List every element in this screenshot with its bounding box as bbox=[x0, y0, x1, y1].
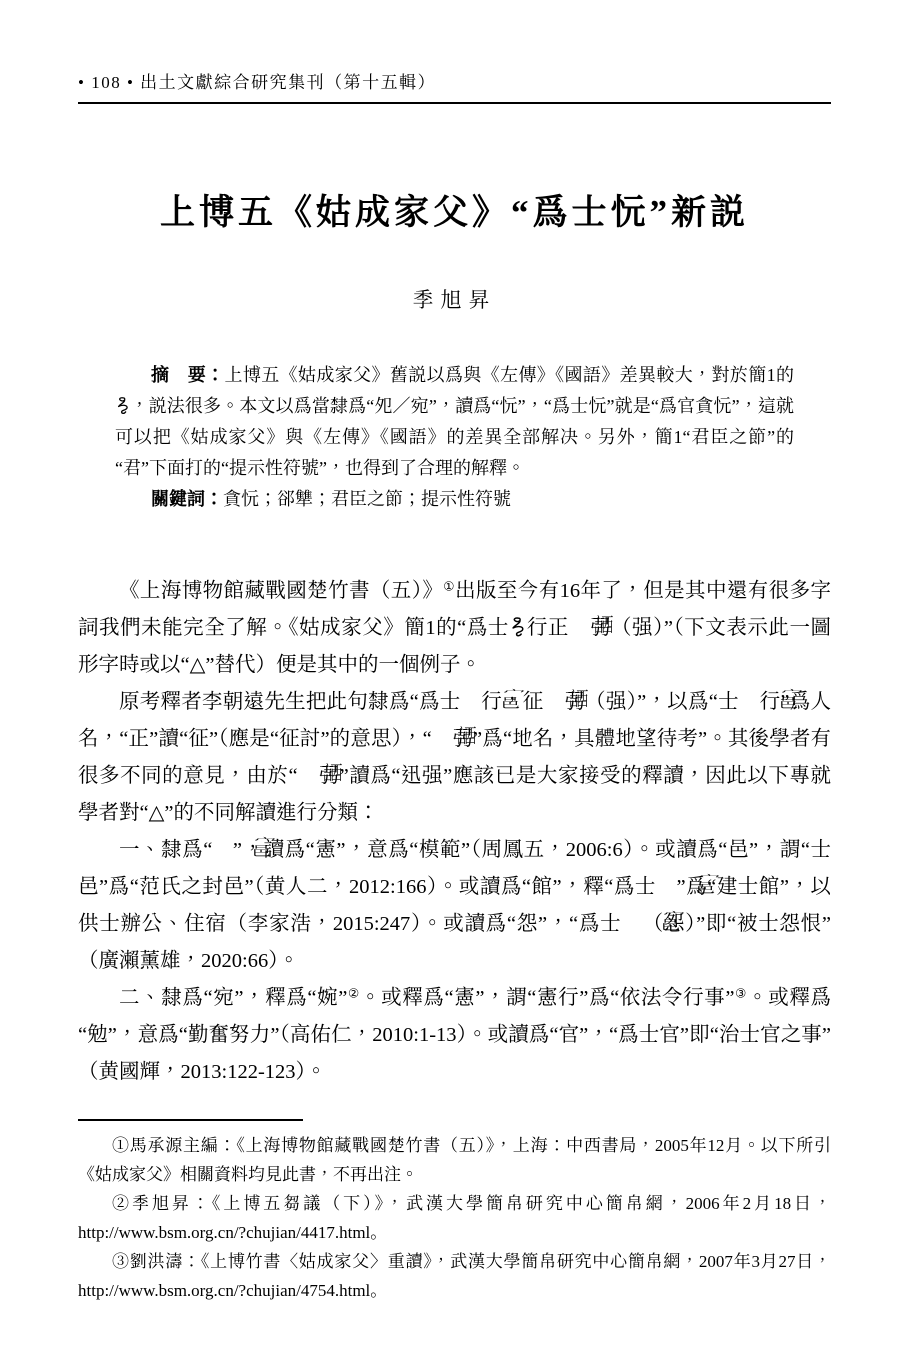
body-paragraph-4: 二、隸爲“宛”，釋爲“婉”②。或釋爲“憲”，謂“憲行”爲“依法令行事”③。或釋爲… bbox=[78, 980, 831, 1091]
body-paragraph-3: 一、隸爲“宀邑”，讀爲“憲”，意爲“模範”（周鳳五，2006:6）。或讀爲“邑”… bbox=[78, 832, 831, 980]
composed-character: 宀邑 bbox=[212, 838, 233, 859]
composed-character: 宀邑 bbox=[656, 875, 677, 896]
footnote-item-3: ③劉洪濤：《上博竹書〈姑成家父〉重讀》，武漢大學簡帛研究中心簡帛網，2007年3… bbox=[78, 1247, 831, 1305]
footnote-marker: ③ bbox=[735, 987, 748, 1001]
abstract-block: 摘 要：上博五《姑成家父》舊説以爲與《左傳》《國語》差異較大，對於簡1的，説法很… bbox=[115, 360, 794, 515]
composed-character: 宀邑 bbox=[461, 690, 482, 711]
chu-script-glyph bbox=[509, 616, 526, 638]
footnote-item-1: ①馬承源主編：《上海博物館藏戰國楚竹書（五）》，上海：中西書局，2005年12月… bbox=[78, 1131, 831, 1189]
paper-page: • 108 • 出土文獻綜合研究集刊（第十五輯） 上博五《姑成家父》“爲士忨”新… bbox=[0, 0, 909, 1364]
composed-character: 宀邑 bbox=[621, 912, 642, 933]
keywords-label: 關鍵詞： bbox=[151, 489, 223, 509]
composed-character: 言西 bbox=[298, 764, 319, 785]
footnote-marker: ① bbox=[443, 580, 455, 594]
composed-character: 言西 bbox=[544, 690, 565, 711]
running-head: • 108 • 出土文獻綜合研究集刊（第十五輯） bbox=[78, 72, 831, 94]
footnote-item-2: ②季旭昇：《上博五芻議（下）》，武漢大學簡帛研究中心簡帛網，2006年2月18日… bbox=[78, 1189, 831, 1247]
footnotes: ①馬承源主編：《上海博物館藏戰國楚竹書（五）》，上海：中西書局，2005年12月… bbox=[78, 1131, 831, 1305]
header-rule bbox=[78, 102, 831, 104]
abstract-label: 摘 要： bbox=[151, 365, 225, 385]
footnote-separator bbox=[78, 1119, 303, 1121]
composed-character: 言西 bbox=[432, 727, 453, 748]
author-name: 季旭昇 bbox=[78, 284, 831, 314]
article-body: 《上海博物館藏戰國楚竹書（五）》①出版至今有16年了，但是其中還有很多字詞我們未… bbox=[78, 573, 831, 1091]
composed-character: 言西 bbox=[569, 616, 590, 637]
abstract-paragraph: 摘 要：上博五《姑成家父》舊説以爲與《左傳》《國語》差異較大，對於簡1的，説法很… bbox=[115, 360, 794, 484]
keywords-text: 貪忨；郤犨；君臣之節；提示性符號 bbox=[223, 489, 511, 509]
composed-character: 宀邑 bbox=[739, 690, 760, 711]
footnote-marker: ② bbox=[347, 987, 360, 1001]
chu-script-glyph bbox=[115, 396, 130, 415]
body-paragraph-1: 《上海博物館藏戰國楚竹書（五）》①出版至今有16年了，但是其中還有很多字詞我們未… bbox=[78, 573, 831, 684]
keywords-line: 關鍵詞：貪忨；郤犨；君臣之節；提示性符號 bbox=[115, 484, 794, 515]
body-paragraph-2: 原考釋者李朝遠先生把此句隸爲“爲士宀邑行，征言西弜（强）”，以爲“士宀邑行”爲人… bbox=[78, 684, 831, 832]
article-title: 上博五《姑成家父》“爲士忨”新説 bbox=[78, 192, 831, 234]
